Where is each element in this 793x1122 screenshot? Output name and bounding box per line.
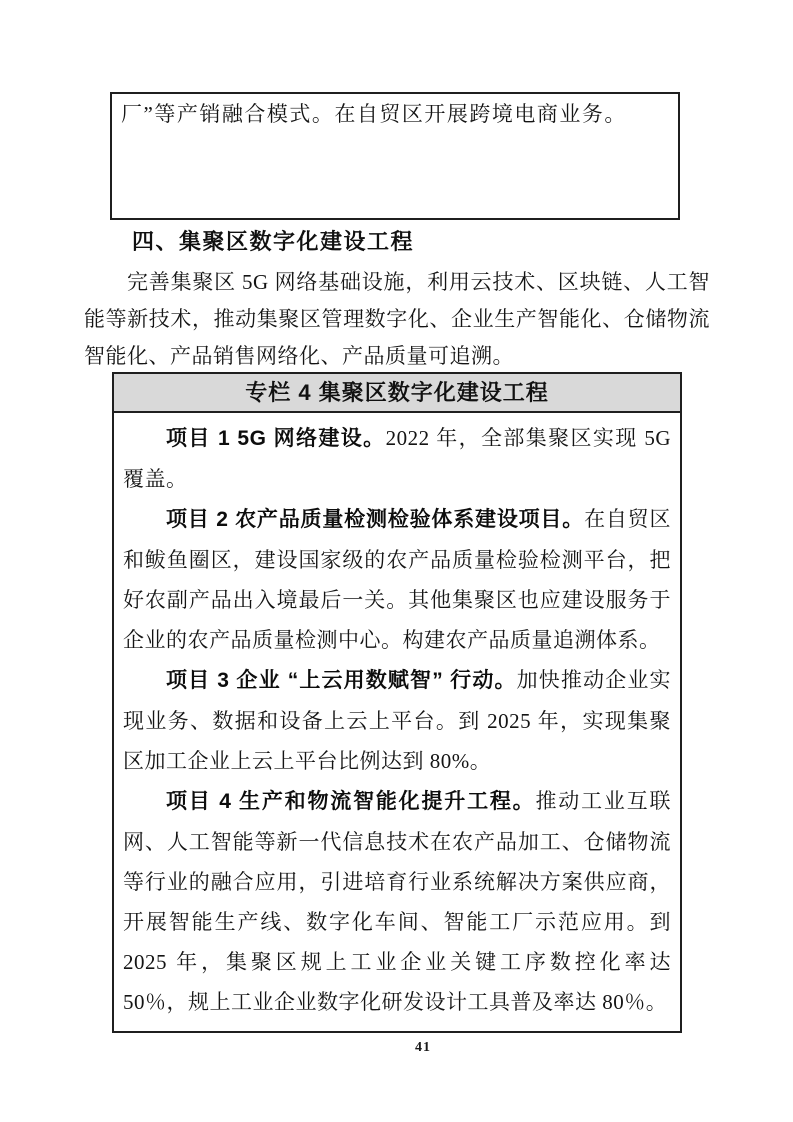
panel-item-title: 项目 1 5G 网络建设。 bbox=[166, 427, 386, 450]
carryover-text: 厂”等产销融合模式。在自贸区开展跨境电商业务。 bbox=[121, 98, 669, 130]
panel-item-body: 推动工业互联网、人工智能等新一代信息技术在农产品加工、仓储物流等行业的融合应用，… bbox=[123, 789, 671, 1014]
panel-item-title: 项目 4 生产和物流智能化提升工程。 bbox=[166, 790, 535, 813]
page-number: 41 bbox=[415, 1040, 431, 1056]
panel-body: 项目 1 5G 网络建设。2022 年，全部集聚区实现 5G 覆盖。项目 2 农… bbox=[112, 413, 682, 1033]
project-panel: 专栏 4 集聚区数字化建设工程 项目 1 5G 网络建设。2022 年，全部集聚… bbox=[112, 372, 682, 1033]
panel-item: 项目 3 企业 “上云用数赋智” 行动。加快推动企业实现业务、数据和设备上云上平… bbox=[123, 660, 671, 781]
panel-item: 项目 4 生产和物流智能化提升工程。推动工业互联网、人工智能等新一代信息技术在农… bbox=[123, 781, 671, 1022]
panel-item: 项目 2 农产品质量检测检验体系建设项目。在自贸区和鲅鱼圈区，建设国家级的农产品… bbox=[123, 499, 671, 660]
panel-item: 项目 1 5G 网络建设。2022 年，全部集聚区实现 5G 覆盖。 bbox=[123, 418, 671, 499]
section-heading: 四、集聚区数字化建设工程 bbox=[132, 229, 414, 254]
panel-header: 专栏 4 集聚区数字化建设工程 bbox=[112, 372, 682, 413]
panel-item-title: 项目 3 企业 “上云用数赋智” 行动。 bbox=[166, 669, 517, 692]
carryover-text-box: 厂”等产销融合模式。在自贸区开展跨境电商业务。 bbox=[110, 92, 680, 220]
section-paragraph: 完善集聚区 5G 网络基础设施，利用云技术、区块链、人工智能等新技术，推动集聚区… bbox=[84, 264, 710, 375]
panel-item-title: 项目 2 农产品质量检测检验体系建设项目。 bbox=[166, 508, 584, 531]
document-page: 厂”等产销融合模式。在自贸区开展跨境电商业务。 四、集聚区数字化建设工程 完善集… bbox=[0, 0, 793, 1122]
